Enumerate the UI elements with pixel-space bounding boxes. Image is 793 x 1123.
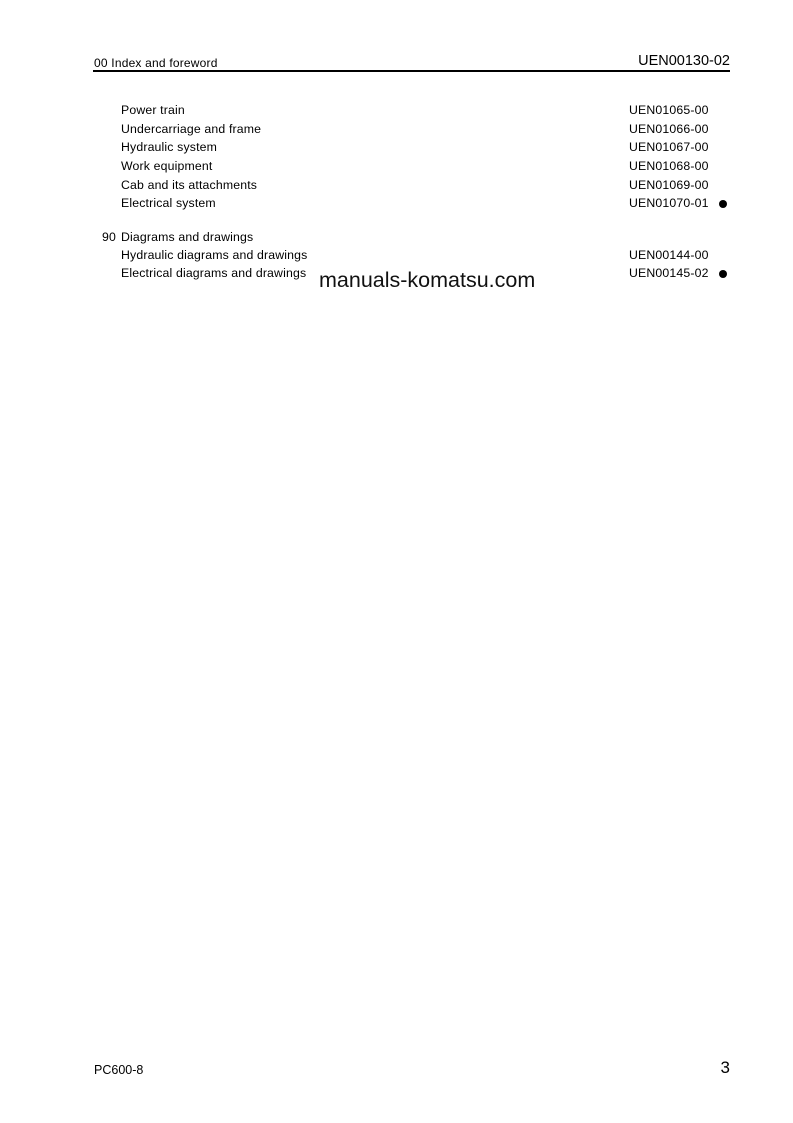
toc-entry: 90Diagrams and drawings (0, 230, 793, 248)
toc-entry-title: Cab and its attachments (121, 178, 257, 192)
toc-entry: Hydraulic systemUEN01067-00 (0, 140, 793, 158)
header-doc-code: UEN00130-02 (638, 53, 730, 69)
toc-entry-code: UEN01069-00 (629, 178, 709, 192)
toc-entry-title: Undercarriage and frame (121, 122, 261, 136)
page-number: 3 (721, 1058, 730, 1078)
footer-model: PC600-8 (94, 1063, 143, 1077)
toc-entry-code: UEN01065-00 (629, 103, 709, 117)
toc-entry-title: Work equipment (121, 159, 212, 173)
toc-entry-title: Hydraulic diagrams and drawings (121, 248, 307, 262)
toc-entry-title: Electrical diagrams and drawings (121, 266, 306, 280)
toc-entry: Power trainUEN01065-00 (0, 103, 793, 121)
watermark: manuals-komatsu.com (319, 268, 535, 293)
toc-entry: Hydraulic diagrams and drawingsUEN00144-… (0, 248, 793, 266)
toc-entry-code: UEN01070-01 (629, 196, 709, 210)
toc-entry: Cab and its attachmentsUEN01069-00 (0, 178, 793, 196)
header-section-title: 00 Index and foreword (94, 56, 218, 70)
toc-entry-code: UEN00145-02 (629, 266, 709, 280)
toc-entry: Undercarriage and frameUEN01066-00 (0, 122, 793, 140)
revision-bullet-icon (719, 200, 727, 208)
toc-entry-title: Diagrams and drawings (121, 230, 253, 244)
toc-entry-code: UEN01067-00 (629, 140, 709, 154)
toc-section-number: 90 (102, 230, 116, 244)
revision-bullet-icon (719, 270, 727, 278)
toc-entry-title: Power train (121, 103, 185, 117)
toc-entry-code: UEN01066-00 (629, 122, 709, 136)
toc-entry-title: Hydraulic system (121, 140, 217, 154)
toc-entry-code: UEN00144-00 (629, 248, 709, 262)
toc-entry: Work equipmentUEN01068-00 (0, 159, 793, 177)
toc-entry-title: Electrical system (121, 196, 216, 210)
toc-entry: Electrical systemUEN01070-01 (0, 196, 793, 214)
toc-entry-code: UEN01068-00 (629, 159, 709, 173)
header-divider (93, 70, 730, 72)
